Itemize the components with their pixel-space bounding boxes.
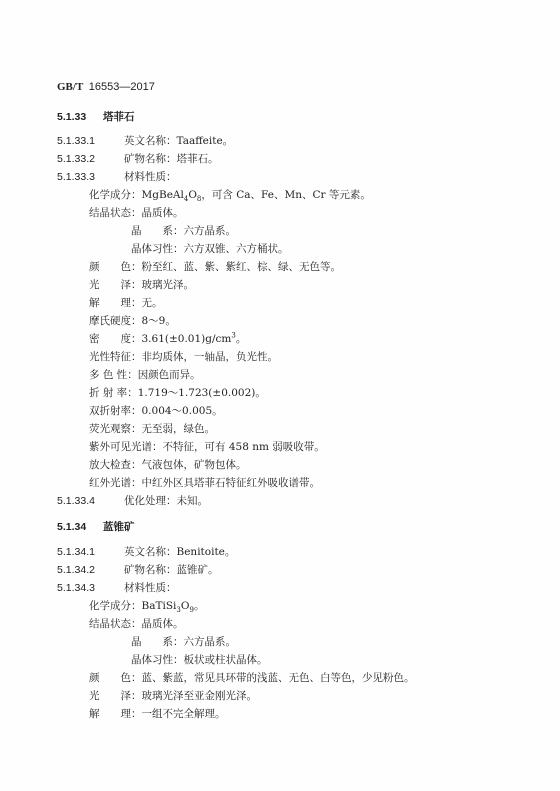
property-label: 光 泽 <box>89 279 131 291</box>
property-label: 化学成分 <box>89 600 131 612</box>
property-luster: 光 泽：玻璃光泽至亚金刚光泽。 <box>89 689 257 703</box>
property-label: 晶 系 <box>131 225 173 237</box>
property-value: 晶质体。 <box>142 207 184 219</box>
clause-text: 材料性质： <box>124 582 177 594</box>
property-mohs-hardness: 摩氏硬度：8～9。 <box>89 314 176 328</box>
property-value: 蓝、紫蓝，常见具环带的浅蓝、无色、白等色，少见粉色。 <box>142 672 415 684</box>
property-label: 化学成分 <box>89 189 131 201</box>
property-value: 非均质体，一轴晶，负光性。 <box>142 351 279 363</box>
section-title: 蓝锥矿 <box>103 521 135 533</box>
property-crystal-habit: 晶体习性：板状或柱状晶体。 <box>131 653 268 667</box>
property-value: 粉至红、蓝、紫、紫红、棕、绿、无色等。 <box>142 261 342 273</box>
clause-5-1-34-1: 5.1.34.1英文名称：Benitoite。 <box>57 545 235 559</box>
clause-text: 优化处理：未知。 <box>124 495 208 507</box>
clause-number: 5.1.34.2 <box>57 563 124 577</box>
property-label: 双折射率 <box>89 405 131 417</box>
clause-number: 5.1.34.1 <box>57 545 124 559</box>
property-value: 不特征，可有 458 nm 弱吸收带。 <box>163 441 325 453</box>
clause-text: 英文名称：Taaffeite。 <box>124 135 233 147</box>
property-birefringence: 双折射率：0.004～0.005。 <box>89 404 223 418</box>
property-value: 玻璃光泽至亚金刚光泽。 <box>142 690 258 702</box>
property-value: 无至弱，绿色。 <box>142 423 216 435</box>
property-value: 0.004～0.005。 <box>142 405 223 417</box>
clause-5-1-34-2: 5.1.34.2矿物名称：蓝锥矿。 <box>57 563 219 577</box>
property-crystal-system: 晶 系：六方晶系。 <box>131 635 236 649</box>
standard-number: 16553—2017 <box>89 81 155 93</box>
property-label: 光 泽 <box>89 690 131 702</box>
property-value: ，可含 Ca、Fe、Mn、Cr 等元素。 <box>201 189 370 201</box>
property-label: 红外光谱 <box>89 477 131 489</box>
property-crystal-state: 结晶状态：晶质体。 <box>89 617 184 631</box>
section-title: 塔菲石 <box>103 111 135 123</box>
property-fluorescence: 荧光观察：无至弱，绿色。 <box>89 422 215 436</box>
property-label: 晶体习性 <box>131 654 173 666</box>
property-label: 颜 色 <box>89 261 131 273</box>
property-magnification: 放大检查：气液包体，矿物包体。 <box>89 458 247 472</box>
property-cleavage: 解 理：无。 <box>89 296 163 310</box>
property-value: 晶质体。 <box>142 618 184 630</box>
property-luster: 光 泽：玻璃光泽。 <box>89 278 194 292</box>
property-label: 紫外可见光谱 <box>89 441 152 453</box>
clause-5-1-34-3: 5.1.34.3材料性质： <box>57 581 177 595</box>
punctuation: 。 <box>236 333 247 345</box>
property-label: 光性特征 <box>89 351 131 363</box>
document-page: GB/T 16553—2017 5.1.33塔菲石 5.1.33.1英文名称：T… <box>0 0 560 791</box>
property-label: 颜 色 <box>89 672 131 684</box>
property-value: 无。 <box>142 297 163 309</box>
formula-part: MgBeAl <box>142 189 184 201</box>
property-value: 六方双锥、六方桶状。 <box>184 243 289 255</box>
section-heading-5-1-33: 5.1.33塔菲石 <box>57 110 135 124</box>
clause-number: 5.1.34.3 <box>57 581 124 595</box>
clause-5-1-33-4: 5.1.33.4优化处理：未知。 <box>57 494 208 508</box>
clause-number: 5.1.33.3 <box>57 170 124 184</box>
clause-text: 矿物名称：蓝锥矿。 <box>124 564 219 576</box>
property-crystal-habit: 晶体习性：六方双锥、六方桶状。 <box>131 242 289 256</box>
section-number: 5.1.33 <box>57 110 103 124</box>
formula-part: O <box>188 189 197 201</box>
property-value: 一组不完全解理。 <box>142 708 226 720</box>
property-value: 六方晶系。 <box>184 225 237 237</box>
property-value: 1.719～1.723(±0.002)。 <box>138 387 266 399</box>
clause-5-1-33-1: 5.1.33.1英文名称：Taaffeite。 <box>57 134 233 148</box>
property-label: 晶 系 <box>131 636 173 648</box>
property-density: 密 度：3.61(±0.01)g/cm3。 <box>89 332 246 346</box>
property-value: 玻璃光泽。 <box>142 279 195 291</box>
property-cleavage: 解 理：一组不完全解理。 <box>89 707 226 721</box>
clause-number: 5.1.33.1 <box>57 134 124 148</box>
property-value: 六方晶系。 <box>184 636 237 648</box>
property-value: 3.61(±0.01)g/cm <box>142 333 232 345</box>
property-infrared-spectrum: 红外光谱：中红外区具塔菲石特征红外吸收谱带。 <box>89 476 320 490</box>
property-label: 解 理 <box>89 708 131 720</box>
property-label: 荧光观察 <box>89 423 131 435</box>
clause-5-1-33-3: 5.1.33.3材料性质： <box>57 170 177 184</box>
property-value: 中红外区具塔菲石特征红外吸收谱带。 <box>142 477 321 489</box>
property-label: 结晶状态 <box>89 207 131 219</box>
property-color: 颜 色：蓝、紫蓝，常见具环带的浅蓝、无色、白等色，少见粉色。 <box>89 671 415 685</box>
clause-text: 材料性质： <box>124 171 177 183</box>
property-refractive-index: 折 射 率：1.719～1.723(±0.002)。 <box>89 386 266 400</box>
standard-code: GB/T <box>57 81 83 93</box>
property-label: 放大检查 <box>89 459 131 471</box>
property-chemical-composition: 化学成分：BaTiSi3O9。 <box>89 599 204 613</box>
property-value: 8～9。 <box>142 315 176 327</box>
property-label: 解 理 <box>89 297 131 309</box>
property-label: 结晶状态 <box>89 618 131 630</box>
property-label: 折 射 率 <box>89 387 127 399</box>
property-crystal-system: 晶 系：六方晶系。 <box>131 224 236 238</box>
property-label: 晶体习性 <box>131 243 173 255</box>
clause-number: 5.1.33.2 <box>57 152 124 166</box>
property-value: 板状或柱状晶体。 <box>184 654 268 666</box>
property-uv-vis-spectrum: 紫外可见光谱：不特征，可有 458 nm 弱吸收带。 <box>89 440 325 454</box>
property-label: 多 色 性 <box>89 369 127 381</box>
standard-header: GB/T 16553—2017 <box>57 80 155 94</box>
section-heading-5-1-34: 5.1.34蓝锥矿 <box>57 520 135 534</box>
property-optical-character: 光性特征：非均质体，一轴晶，负光性。 <box>89 350 278 364</box>
clause-text: 英文名称：Benitoite。 <box>124 546 235 558</box>
property-color: 颜 色：粉至红、蓝、紫、紫红、棕、绿、无色等。 <box>89 260 341 274</box>
section-number: 5.1.34 <box>57 520 103 534</box>
property-value: 因颜色而异。 <box>138 369 201 381</box>
property-crystal-state: 结晶状态：晶质体。 <box>89 206 184 220</box>
formula-part: BaTiSi <box>142 600 177 612</box>
property-chemical-composition: 化学成分：MgBeAl4O8，可含 Ca、Fe、Mn、Cr 等元素。 <box>89 188 371 202</box>
property-pleochroism: 多 色 性：因颜色而异。 <box>89 368 201 382</box>
clause-text: 矿物名称：塔菲石。 <box>124 153 219 165</box>
property-value: 。 <box>194 600 205 612</box>
property-value: 气液包体，矿物包体。 <box>142 459 247 471</box>
clause-5-1-33-2: 5.1.33.2矿物名称：塔菲石。 <box>57 152 219 166</box>
clause-number: 5.1.33.4 <box>57 494 124 508</box>
property-label: 密 度 <box>89 333 131 345</box>
property-label: 摩氏硬度 <box>89 315 131 327</box>
